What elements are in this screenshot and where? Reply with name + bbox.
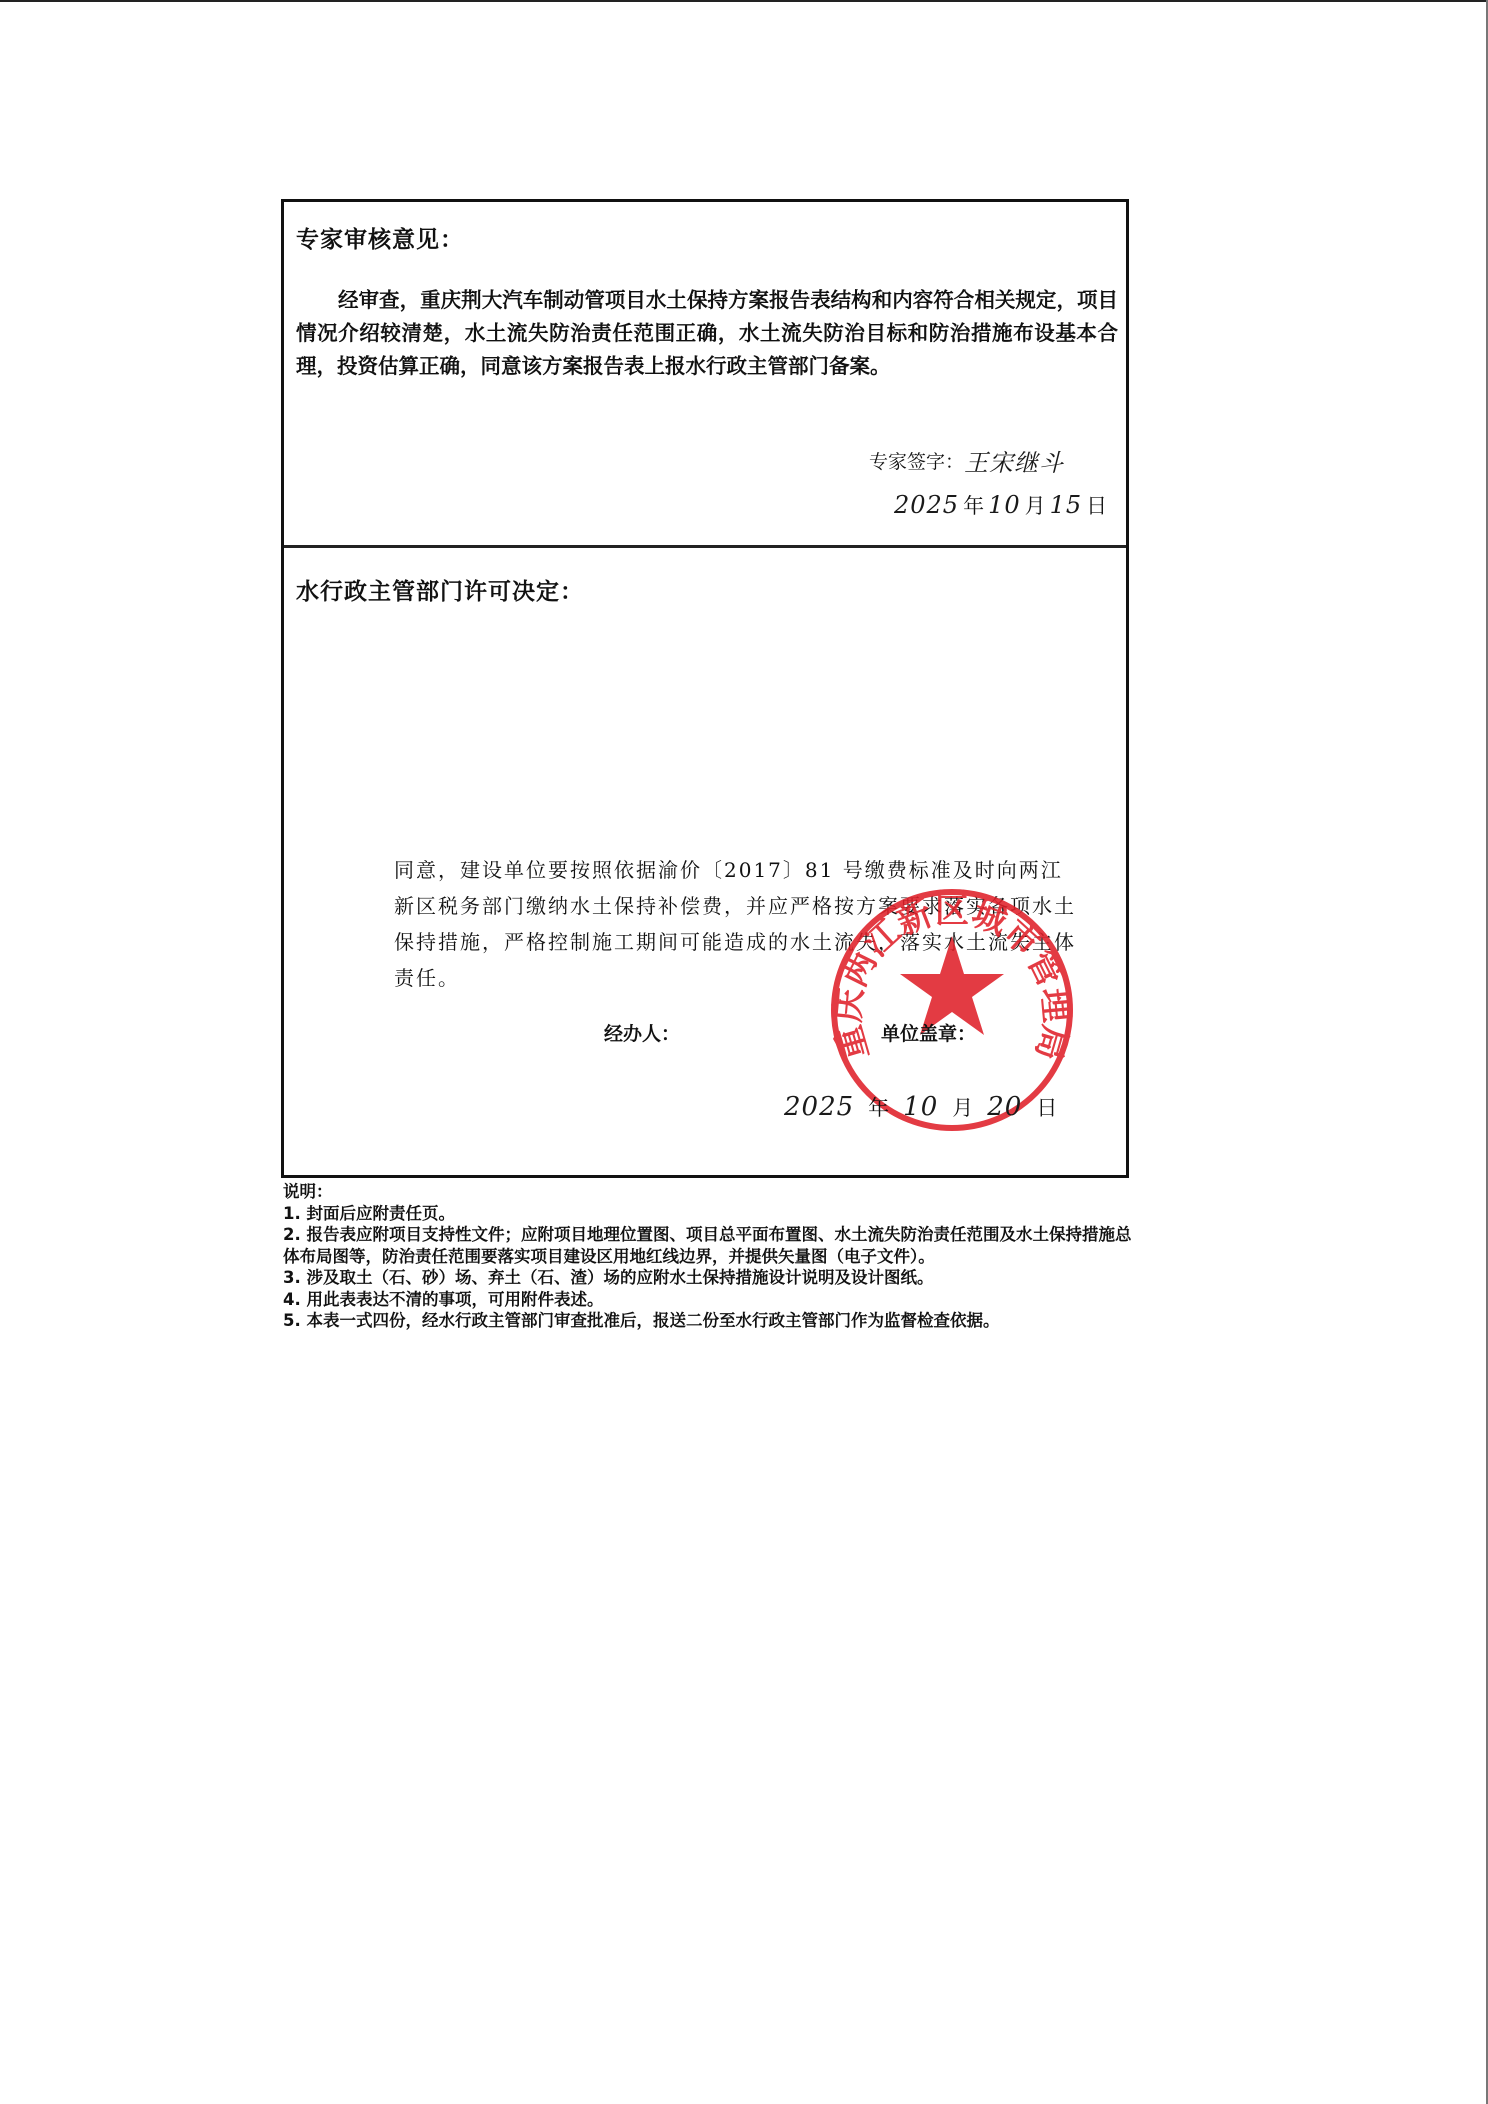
note-item: 2. 报告表应附项目支持性文件；应附项目地理位置图、项目总平面布置图、水土流失防… [283, 1224, 1133, 1267]
expert-review-opinion: 经审查，重庆荆大汽车制动管项目水土保持方案报告表结构和内容符合相关规定，项目情况… [296, 284, 1118, 383]
expert-signature-line: 专家签字： 王宋继斗 [869, 443, 1064, 478]
approval-date-month-unit: 月 [952, 1092, 973, 1122]
expert-signature-label: 专家签字： [869, 447, 964, 474]
approval-date-month: 10 [903, 1092, 938, 1122]
approval-date-day: 20 [987, 1092, 1022, 1122]
expert-review-date: 2025 年 10 月 15 日 [894, 490, 1107, 520]
expert-date-year: 2025 [894, 491, 959, 519]
handler-label: 经办人： [604, 1019, 680, 1046]
expert-date-day-unit: 日 [1086, 490, 1107, 520]
approval-date-year: 2025 [784, 1092, 854, 1122]
expert-signature: 王宋继斗 [964, 443, 1064, 478]
expert-date-month-unit: 月 [1025, 490, 1046, 520]
note-item: 4. 用此表表达不清的事项，可用附件表述。 [283, 1289, 1133, 1311]
notes-heading: 说明： [283, 1181, 1133, 1203]
instructions-notes: 说明： 1. 封面后应附责任页。 2. 报告表应附项目支持性文件；应附项目地理位… [283, 1181, 1133, 1332]
expert-date-month: 10 [988, 491, 1021, 519]
page-top-edge [0, 0, 1488, 2]
expert-review-heading: 专家审核意见： [296, 221, 464, 254]
approval-decision-heading: 水行政主管部门许可决定： [296, 573, 584, 606]
approval-date: 2025 年 10 月 20 日 [784, 1092, 1057, 1122]
approval-date-year-unit: 年 [868, 1092, 889, 1122]
expert-date-day: 15 [1050, 491, 1083, 519]
section-divider [284, 545, 1126, 548]
expert-date-year-unit: 年 [963, 490, 984, 520]
seal-label: 单位盖章： [881, 1019, 976, 1046]
note-item: 5. 本表一式四份，经水行政主管部门审查批准后，报送二份至水行政主管部门作为监督… [283, 1310, 1133, 1332]
note-item: 3. 涉及取土（石、砂）场、弃土（石、渣）场的应附水土保持措施设计说明及设计图纸… [283, 1267, 1133, 1289]
approval-date-day-unit: 日 [1036, 1092, 1057, 1122]
note-item: 1. 封面后应附责任页。 [283, 1203, 1133, 1225]
